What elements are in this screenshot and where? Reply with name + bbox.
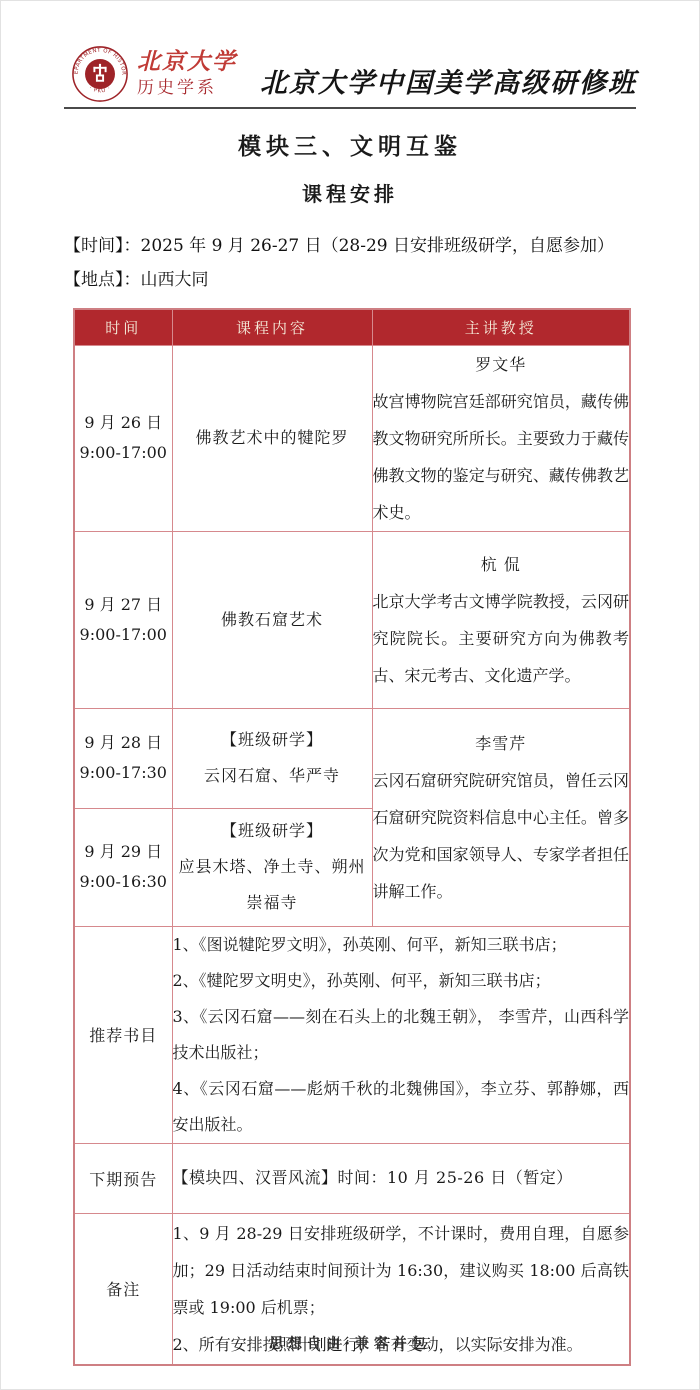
department-name: 历史学系 — [137, 76, 237, 100]
books-row: 推荐书目 1、《图说犍陀罗文明》，孙英刚、何平，新知三联书店； 2、《犍陀罗文明… — [74, 926, 630, 1143]
location-info-line: 【地点】：山西大同 — [64, 263, 614, 297]
time-label: 【时间】： — [64, 236, 141, 256]
university-name: 北京大学 — [137, 48, 237, 76]
time-text: 9:00-17:00 — [75, 620, 172, 650]
org-names: 北京大学 历史学系 — [137, 48, 237, 100]
date-cell: 9 月 28 日 9:00-17:30 — [74, 708, 172, 808]
info-block: 【时间】：2025 年 9 月 26-27 日（28-29 日安排班级研学，自愿… — [64, 229, 614, 297]
date-cell: 9 月 27 日 9:00-17:00 — [74, 531, 172, 708]
course-cell: 佛教石窟艺术 — [172, 531, 372, 708]
program-title-calligraphy: 北京大学中国美学高级研修班 — [260, 61, 637, 100]
course-tag: 【班级研学】 — [173, 722, 372, 758]
date-text: 9 月 28 日 — [75, 728, 172, 758]
table-header-row: 时间 课程内容 主讲教授 — [74, 309, 630, 345]
header-logo-block: DEPARTMENT OF HISTORY · PKU · 北京大学 历史学系 — [71, 45, 237, 103]
course-cell: 佛教艺术中的犍陀罗 — [172, 345, 372, 531]
page-title: 模块三、文明互鉴 — [1, 128, 699, 161]
date-text: 9 月 29 日 — [75, 837, 172, 867]
footer-motto: 思想自由·兼容并包 — [1, 1333, 699, 1353]
time-info-line: 【时间】：2025 年 9 月 26-27 日（28-29 日安排班级研学，自愿… — [64, 229, 614, 263]
books-label: 推荐书目 — [74, 926, 172, 1143]
col-header-course: 课程内容 — [172, 309, 372, 345]
table-row: 9 月 26 日 9:00-17:00 佛教艺术中的犍陀罗 罗文华 故宫博物院宫… — [74, 345, 630, 531]
book-item: 1、《图说犍陀罗文明》，孙英刚、何平，新知三联书店； — [173, 927, 630, 963]
time-value: 2025 年 9 月 26-27 日（28-29 日安排班级研学，自愿参加） — [141, 236, 615, 256]
book-item: 3、《云冈石窟——刻在石头上的北魏王朝》， 李雪芹，山西科学技术出版社； — [173, 999, 630, 1071]
location-value: 山西大同 — [141, 270, 209, 290]
date-cell: 9 月 26 日 9:00-17:00 — [74, 345, 172, 531]
book-item: 4、《云冈石窟——彪炳千秋的北魏佛国》，李立芬、郭静娜，西安出版社。 — [173, 1071, 630, 1143]
lecturer-cell: 杭 侃 北京大学考古文博学院教授，云冈研究院院长。主要研究方向为佛教考古、宋元考… — [372, 531, 630, 708]
schedule-table-wrap: 时间 课程内容 主讲教授 9 月 26 日 9:00-17:00 佛教艺术中的犍… — [73, 308, 629, 1366]
lecturer-cell-merged: 李雪芹 云冈石窟研究院研究馆员，曾任云冈石窟研究院资料信息中心主任。曾多次为党和… — [372, 708, 630, 926]
table-row: 9 月 27 日 9:00-17:00 佛教石窟艺术 杭 侃 北京大学考古文博学… — [74, 531, 630, 708]
note-item: 1、9 月 28-29 日安排班级研学，不计课时，费用自理，自愿参加；29 日活… — [173, 1215, 630, 1326]
preview-label: 下期预告 — [74, 1143, 172, 1213]
pku-history-seal-icon: DEPARTMENT OF HISTORY · PKU · — [71, 45, 129, 103]
time-text: 9:00-17:30 — [75, 758, 172, 788]
course-cell: 【班级研学】 云冈石窟、华严寺 — [172, 708, 372, 808]
page-subtitle: 课程安排 — [1, 178, 699, 207]
col-header-time: 时间 — [74, 309, 172, 345]
time-text: 9:00-16:30 — [75, 867, 172, 897]
lecturer-name: 罗文华 — [373, 346, 630, 383]
location-label: 【地点】： — [64, 270, 141, 290]
col-header-lecturer: 主讲教授 — [372, 309, 630, 345]
books-cell: 1、《图说犍陀罗文明》，孙英刚、何平，新知三联书店； 2、《犍陀罗文明史》，孙英… — [172, 926, 630, 1143]
date-cell: 9 月 29 日 9:00-16:30 — [74, 808, 172, 926]
book-item: 2、《犍陀罗文明史》，孙英刚、何平，新知三联书店； — [173, 963, 630, 999]
document-page: DEPARTMENT OF HISTORY · PKU · 北京大学 历史学系 … — [0, 0, 700, 1390]
course-cell: 【班级研学】 应县木塔、净土寺、朔州崇福寺 — [172, 808, 372, 926]
lecturer-name: 李雪芹 — [373, 725, 630, 762]
date-text: 9 月 26 日 — [75, 408, 172, 438]
course-text: 应县木塔、净土寺、朔州崇福寺 — [173, 849, 372, 921]
preview-row: 下期预告 【模块四、汉晋风流】时间：10 月 25-26 日（暂定） — [74, 1143, 630, 1213]
table-row: 9 月 28 日 9:00-17:30 【班级研学】 云冈石窟、华严寺 李雪芹 … — [74, 708, 630, 808]
header-divider — [64, 107, 636, 109]
lecturer-bio: 云冈石窟研究院研究馆员，曾任云冈石窟研究院资料信息中心主任。曾多次为党和国家领导… — [373, 762, 630, 910]
time-text: 9:00-17:00 — [75, 438, 172, 468]
lecturer-bio: 故宫博物院宫廷部研究馆员，藏传佛教文物研究所所长。主要致力于藏传佛教文物的鉴定与… — [373, 383, 630, 531]
lecturer-name: 杭 侃 — [373, 546, 630, 583]
course-tag: 【班级研学】 — [173, 813, 372, 849]
date-text: 9 月 27 日 — [75, 590, 172, 620]
lecturer-bio: 北京大学考古文博学院教授，云冈研究院院长。主要研究方向为佛教考古、宋元考古、文化… — [373, 583, 630, 694]
course-text: 云冈石窟、华严寺 — [173, 758, 372, 794]
schedule-table: 时间 课程内容 主讲教授 9 月 26 日 9:00-17:00 佛教艺术中的犍… — [73, 308, 631, 1366]
lecturer-cell: 罗文华 故宫博物院宫廷部研究馆员，藏传佛教文物研究所所长。主要致力于藏传佛教文物… — [372, 345, 630, 531]
preview-cell: 【模块四、汉晋风流】时间：10 月 25-26 日（暂定） — [172, 1143, 630, 1213]
